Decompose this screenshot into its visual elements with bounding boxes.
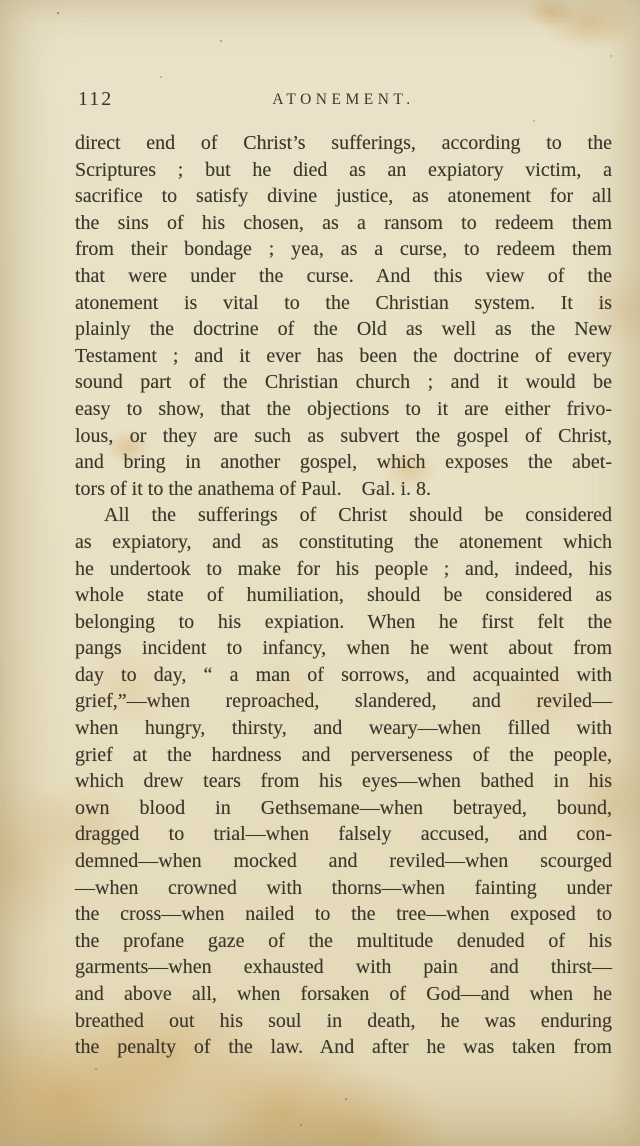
text-line: that were under the curse. And this view… xyxy=(75,263,612,290)
text-line: and bring in another gospel, which expos… xyxy=(75,449,612,476)
paragraph: All the sufferings of Christ should be c… xyxy=(75,502,612,1060)
text-line: —when crowned with thorns—when fainting … xyxy=(75,875,612,902)
text-line: tors of it to the anathema of Paul. Gal.… xyxy=(75,476,612,503)
text-line: sound part of the Christian church ; and… xyxy=(75,369,612,396)
text-line: when hungry, thirsty, and weary—when fil… xyxy=(75,715,612,742)
text-line: Testament ; and it ever has been the doc… xyxy=(75,343,612,370)
text-line: All the sufferings of Christ should be c… xyxy=(75,502,612,529)
text-line: Scriptures ; but he died as an expiatory… xyxy=(75,157,612,184)
text-line: the cross—when nailed to the tree—when e… xyxy=(75,901,612,928)
text-line: the penalty of the law. And after he was… xyxy=(75,1034,612,1061)
text-line: demned—when mocked and reviled—when scou… xyxy=(75,848,612,875)
text-line: he undertook to make for his people ; an… xyxy=(75,556,612,583)
text-line: from their bondage ; yea, as a curse, to… xyxy=(75,236,612,263)
text-line: sacrifice to satisfy divine justice, as … xyxy=(75,183,612,210)
text-line: dragged to trial—when falsely accused, a… xyxy=(75,821,612,848)
text-line: as expiatory, and as constituting the at… xyxy=(75,529,612,556)
text-line: belonging to his expiation. When he firs… xyxy=(75,609,612,636)
text-line: breathed out his soul in death, he was e… xyxy=(75,1008,612,1035)
paragraph: direct end of Christ’s sufferings, accor… xyxy=(75,130,612,502)
page-header: 112 ATONEMENT. xyxy=(75,88,612,114)
text-line: grief,”—when reproached, slandered, and … xyxy=(75,688,612,715)
text-line: which drew tears from his eyes—when bath… xyxy=(75,768,612,795)
text-line: grief at the hardness and perverseness o… xyxy=(75,742,612,769)
book-page: 112 ATONEMENT. direct end of Christ’s su… xyxy=(0,0,640,1146)
text-block: direct end of Christ’s sufferings, accor… xyxy=(75,130,612,1061)
text-line: pangs incident to infancy, when he went … xyxy=(75,635,612,662)
text-line: direct end of Christ’s sufferings, accor… xyxy=(75,130,612,157)
text-line: the sins of his chosen, as a ransom to r… xyxy=(75,210,612,237)
text-line: whole state of humiliation, should be co… xyxy=(75,582,612,609)
text-line: lous, or they are such as subvert the go… xyxy=(75,423,612,450)
text-line: atonement is vital to the Christian syst… xyxy=(75,290,612,317)
text-line: the profane gaze of the multitude denude… xyxy=(75,928,612,955)
running-head: ATONEMENT. xyxy=(75,91,612,109)
text-line: day to day, “ a man of sorrows, and acqu… xyxy=(75,662,612,689)
text-line: plainly the doctrine of the Old as well … xyxy=(75,316,612,343)
text-line: garments—when exhausted with pain and th… xyxy=(75,954,612,981)
text-line: own blood in Gethsemane—when betrayed, b… xyxy=(75,795,612,822)
text-line: easy to show, that the objections to it … xyxy=(75,396,612,423)
text-line: and above all, when forsaken of God—and … xyxy=(75,981,612,1008)
